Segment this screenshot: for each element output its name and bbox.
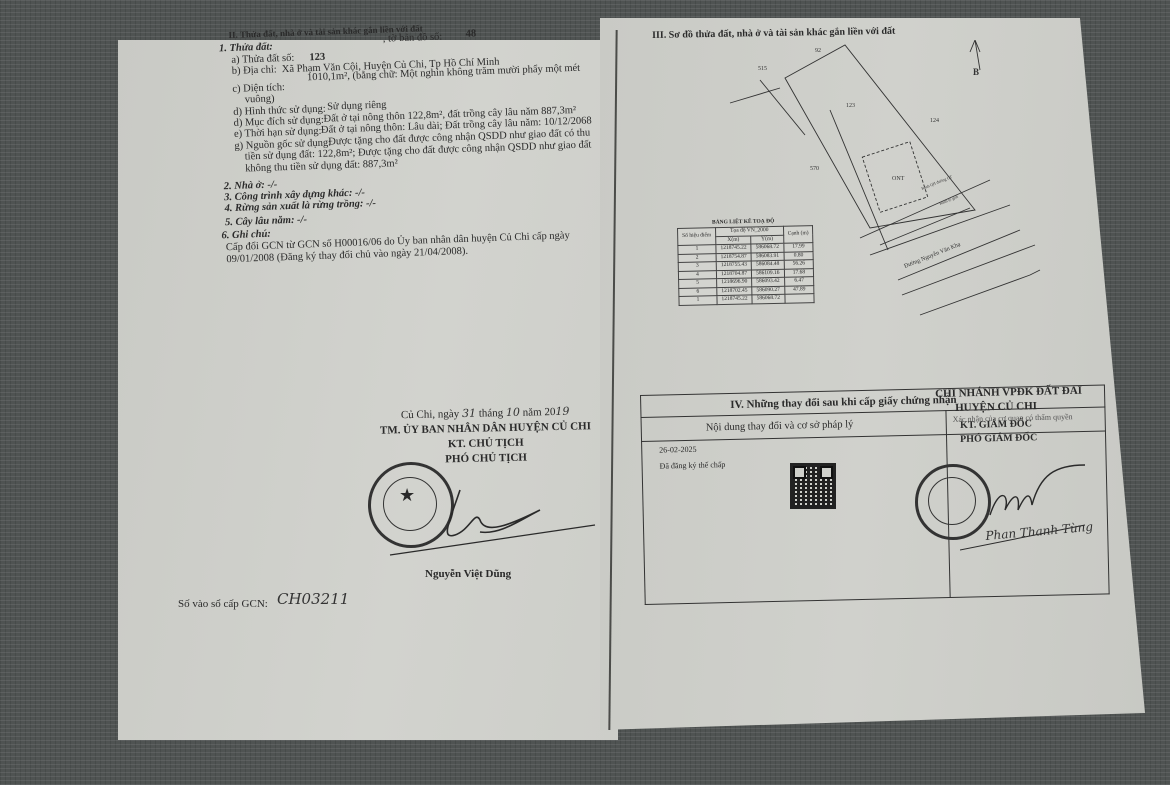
- stamp-title-1: KT. GIÁM ĐỐC: [960, 418, 1032, 432]
- parcel-label-570: 570: [810, 166, 819, 172]
- year-handwritten: 19: [555, 405, 569, 418]
- day-handwritten: 31: [462, 407, 476, 420]
- registry-office-district: HUYỆN CỦ CHI: [955, 400, 1037, 414]
- address-label: b) Địa chỉ:: [232, 64, 277, 78]
- change-entry-date: 26-02-2025: [659, 444, 697, 457]
- diagram-note-boundary: Ranh lộ giới: [939, 194, 960, 206]
- change-entry-text: Đã đăng ký thế chấp: [659, 459, 725, 472]
- parcel-label-92: 92: [815, 48, 821, 54]
- stamp-title-2: PHÓ GIÁM ĐỐC: [960, 432, 1037, 446]
- qr-code-icon[interactable]: [790, 463, 836, 509]
- diagram-note-planning: Ranh QH đường GT: [921, 174, 954, 191]
- parcel-label-124: 124: [930, 118, 939, 124]
- issuer-signer-name: Nguyễn Việt Dũng: [425, 568, 511, 580]
- registry-label: Số vào sổ cấp GCN:: [178, 598, 268, 610]
- area-cont: vuông): [245, 93, 275, 106]
- building-label-ont: ONT: [892, 176, 905, 182]
- parcel-label-515: 515: [758, 66, 767, 72]
- month-handwritten: 10: [506, 406, 520, 419]
- registrar-signature-scribble: [960, 455, 1090, 555]
- issuer-signature-scribble: [380, 480, 610, 560]
- issuer-signature-block: Củ Chi, ngày 31 tháng 10 năm 2019 TM. ỦY…: [365, 403, 606, 469]
- north-arrow-icon: B: [973, 67, 979, 77]
- registry-number: CH03211: [277, 593, 349, 605]
- parcel-label-123: 123: [846, 103, 855, 109]
- changes-title: IV. Những thay đổi sau khi cấp giấy chứn…: [730, 394, 957, 411]
- map-sheet-number: 48: [465, 28, 476, 40]
- changes-col-content: Nội dung thay đổi và cơ sở pháp lý: [706, 419, 854, 434]
- coordinate-table: Số hiệu điểm Tọa độ VN_2000 Cạnh (m) X(m…: [677, 225, 815, 305]
- map-sheet-label: , tờ bản đồ số:: [383, 32, 443, 46]
